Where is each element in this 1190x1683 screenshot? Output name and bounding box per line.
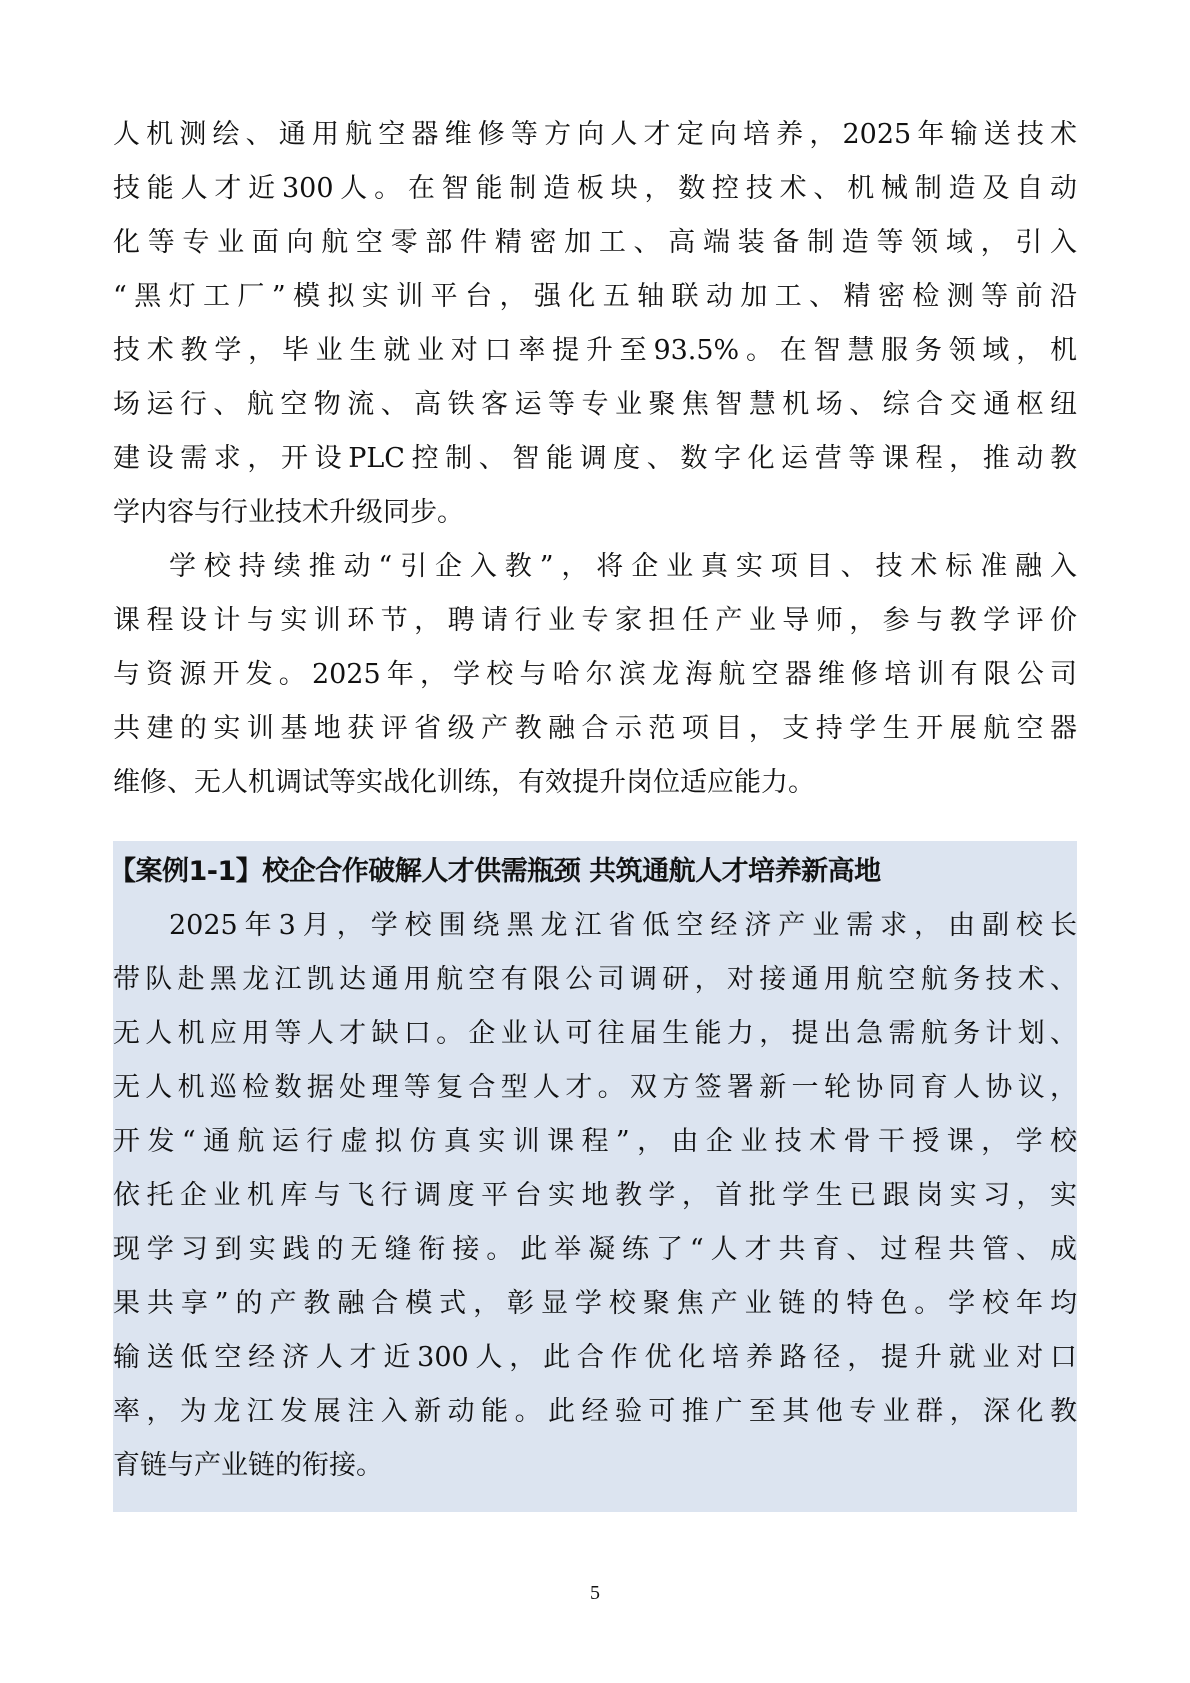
text-line: 人机测绘、通用航空器维修等方向人才定向培养，2025年输送技术	[113, 108, 1077, 162]
case-text-line: 现学习到实践的无缝衔接。此举凝练了“人才共育、过程共管、成	[113, 1223, 1077, 1277]
case-text-line: 带队赴黑龙江凯达通用航空有限公司调研，对接通用航空航务技术、	[113, 953, 1077, 1007]
body-text: 人机测绘、通用航空器维修等方向人才定向培养，2025年输送技术 技能人才近300…	[113, 108, 1077, 810]
case-text-line: 依托企业机库与飞行调度平台实地教学，首批学生已跟岗实习，实	[113, 1169, 1077, 1223]
text-line: 技术教学，毕业生就业对口率提升至93.5%。在智慧服务领域，机	[113, 324, 1077, 378]
text-line: 化等专业面向航空零部件精密加工、高端装备制造等领域，引入	[113, 216, 1077, 270]
page-number: 5	[0, 1582, 1190, 1605]
case-text-line: 无人机巡检数据处理等复合型人才。双方签署新一轮协同育人协议，	[113, 1061, 1077, 1115]
paragraph-2: 学校持续推动“引企入教”，将企业真实项目、技术标准融入 课程设计与实训环节，聘请…	[113, 540, 1077, 810]
case-text-line: 2025年3月，学校围绕黑龙江省低空经济产业需求，由副校长	[113, 899, 1077, 953]
text-line: 与资源开发。2025年，学校与哈尔滨龙海航空器维修培训有限公司	[113, 648, 1077, 702]
case-text-line: 育链与产业链的衔接。	[113, 1439, 1077, 1493]
text-line: “黑灯工厂”模拟实训平台，强化五轴联动加工、精密检测等前沿	[113, 270, 1077, 324]
text-line: 建设需求，开设PLC控制、智能调度、数字化运营等课程，推动教	[113, 432, 1077, 486]
case-text-line: 率，为龙江发展注入新动能。此经验可推广至其他专业群，深化教	[113, 1385, 1077, 1439]
case-text-line: 输送低空经济人才近300人，此合作优化培养路径，提升就业对口	[113, 1331, 1077, 1385]
text-line: 技能人才近300人。在智能制造板块，数控技术、机械制造及自动	[113, 162, 1077, 216]
text-line: 场运行、航空物流、高铁客运等专业聚焦智慧机场、综合交通枢纽	[113, 378, 1077, 432]
case-study-box: 【案例1-1】校企合作破解人才供需瓶颈 共筑通航人才培养新高地 2025年3月，…	[113, 841, 1077, 1512]
case-text-line: 开发“通航运行虚拟仿真实训课程”，由企业技术骨干授课，学校	[113, 1115, 1077, 1169]
text-line: 维修、无人机调试等实战化训练，有效提升岗位适应能力。	[113, 756, 1077, 810]
text-line: 学校持续推动“引企入教”，将企业真实项目、技术标准融入	[113, 540, 1077, 594]
text-line: 学内容与行业技术升级同步。	[113, 486, 1077, 540]
document-page: 人机测绘、通用航空器维修等方向人才定向培养，2025年输送技术 技能人才近300…	[0, 0, 1190, 1683]
paragraph-1: 人机测绘、通用航空器维修等方向人才定向培养，2025年输送技术 技能人才近300…	[113, 108, 1077, 540]
case-text-line: 无人机应用等人才缺口。企业认可往届生能力，提出急需航务计划、	[113, 1007, 1077, 1061]
text-line: 共建的实训基地获评省级产教融合示范项目，支持学生开展航空器	[113, 702, 1077, 756]
case-study-title: 【案例1-1】校企合作破解人才供需瓶颈 共筑通航人才培养新高地	[109, 845, 1077, 899]
case-study-content: 【案例1-1】校企合作破解人才供需瓶颈 共筑通航人才培养新高地 2025年3月，…	[113, 845, 1077, 1493]
text-line: 课程设计与实训环节，聘请行业专家担任产业导师，参与教学评价	[113, 594, 1077, 648]
case-text-line: 果共享”的产教融合模式，彰显学校聚焦产业链的特色。学校年均	[113, 1277, 1077, 1331]
